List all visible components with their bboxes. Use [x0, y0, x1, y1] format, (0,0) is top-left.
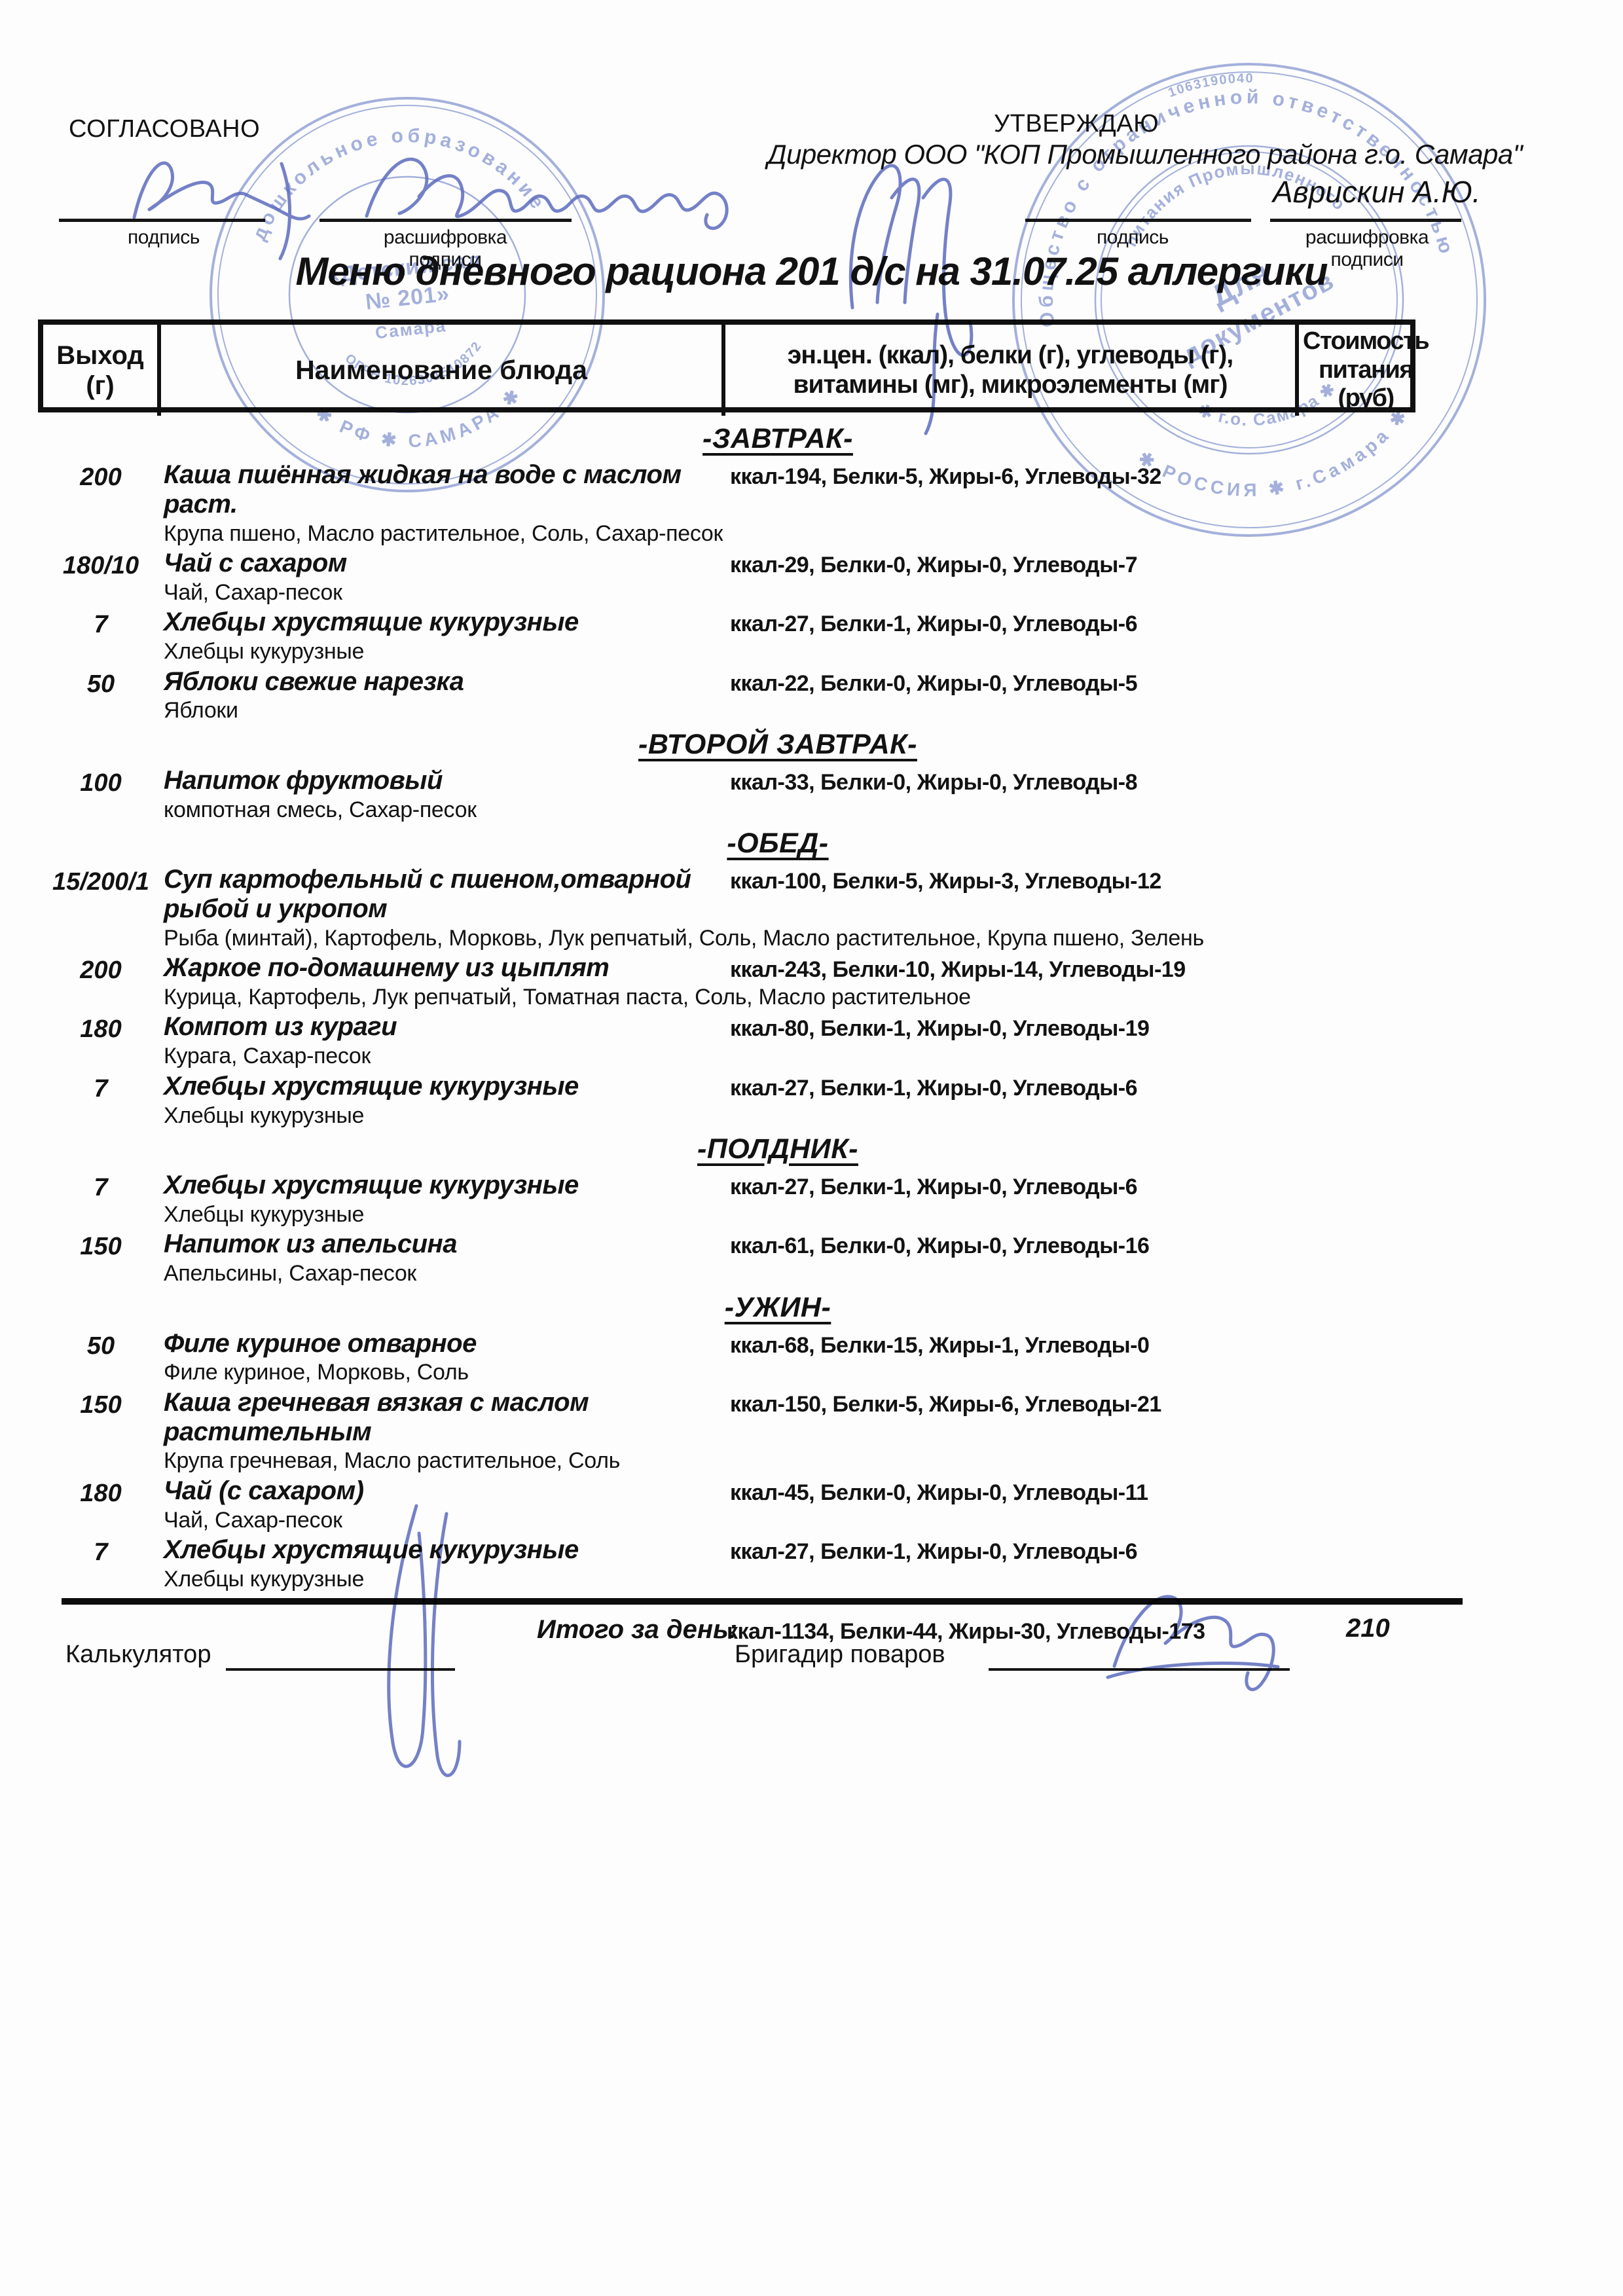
item-nutrition: ккал-80, Белки-1, Жиры-0, Углеводы-19 [730, 1012, 1596, 1042]
menu-item-row: 7 Хлебцы хрустящие кукурузные Хлебцы кук… [38, 1072, 1596, 1129]
agreed-label: СОГЛАСОВАНО [69, 115, 260, 143]
item-name: Хлебцы хрустящие кукурузные [164, 608, 579, 637]
item-name: Каша гречневая вязкая с маслом раститель… [164, 1388, 753, 1447]
signature-line-agreed [59, 219, 265, 222]
item-ingredients: Крупа пшено, Масло растительное, Соль, С… [164, 520, 723, 547]
meal-section: -УЖИН- [90, 1292, 1465, 1324]
item-nutrition: ккал-27, Белки-1, Жиры-0, Углеводы-6 [730, 1072, 1596, 1101]
item-nutrition: ккал-29, Белки-0, Жиры-0, Углеводы-7 [730, 549, 1596, 578]
item-ingredients: Апельсины, Сахар-песок [164, 1260, 416, 1287]
item-name: Напиток из апельсина [164, 1230, 457, 1259]
menu-body: -ЗАВТРАК- 200 Каша пшённая жидкая на вод… [38, 423, 1596, 1593]
transcript-line-agreed [319, 219, 572, 222]
menu-item-row: 200 Жаркое по-домашнему из цыплят Курица… [38, 953, 1596, 1011]
column-header-cost: Стоимость питания (руб) [1299, 325, 1432, 416]
transcript-line-approve [1270, 219, 1461, 222]
item-name: Чай (с сахаром) [164, 1476, 364, 1506]
item-nutrition: ккал-68, Белки-15, Жиры-1, Углеводы-0 [730, 1329, 1596, 1358]
menu-item-row: 180/10 Чай с сахаром Чай, Сахар-песок кк… [38, 549, 1596, 606]
item-name: Хлебцы хрустящие кукурузные [164, 1171, 579, 1200]
item-name: Чай с сахаром [164, 549, 347, 578]
item-nutrition: ккал-22, Белки-0, Жиры-0, Углеводы-5 [730, 667, 1596, 697]
item-name: Каша пшённая жидкая на воде с маслом рас… [164, 460, 753, 519]
menu-item-row: 180 Чай (с сахаром) Чай, Сахар-песок кка… [38, 1476, 1596, 1534]
item-portion: 180 [38, 1476, 164, 1508]
item-nutrition: ккал-33, Белки-0, Жиры-0, Углеводы-8 [730, 766, 1596, 795]
signature-caption-left: подпись [98, 227, 229, 249]
item-name: Напиток фруктовый [164, 766, 443, 795]
meal-section: -ЗАВТРАК- [90, 423, 1465, 455]
item-ingredients: Курица, Картофель, Лук репчатый, Томатна… [164, 984, 971, 1011]
section-header: -ОБЕД- [727, 828, 828, 859]
calculator-label: Калькулятор [65, 1641, 211, 1669]
item-nutrition: ккал-194, Белки-5, Жиры-6, Углеводы-32 [730, 460, 1596, 490]
item-portion: 200 [38, 953, 164, 985]
item-portion: 7 [38, 1171, 164, 1202]
column-header-output: Выход (г) [43, 325, 161, 416]
column-header-nutrition: эн.цен. (ккал), белки (г), углеводы (г),… [725, 325, 1299, 416]
totals-label: Итого за день: [537, 1615, 737, 1645]
item-ingredients: Крупа гречневая, Масло растительное, Сол… [164, 1448, 620, 1474]
item-name: Яблоки свежие нарезка [164, 667, 464, 697]
approve-label: УТВЕРЖДАЮ [994, 110, 1159, 138]
menu-item-row: 7 Хлебцы хрустящие кукурузные Хлебцы кук… [38, 608, 1596, 665]
section-header: -ПОЛДНИК- [697, 1133, 858, 1165]
column-header-dish: Наименование блюда [161, 325, 725, 416]
meal-section: -ОБЕД- [90, 828, 1465, 860]
item-ingredients: Хлебцы кукурузные [164, 1201, 364, 1228]
item-ingredients: Курага, Сахар-песок [164, 1043, 371, 1070]
item-portion: 7 [38, 608, 164, 639]
item-portion: 7 [38, 1072, 164, 1103]
signature-line-approve [1025, 219, 1251, 222]
brigadier-signature-line [989, 1668, 1290, 1671]
item-portion: 50 [38, 1329, 164, 1360]
director-title-line: Директор ООО "КОП Промышленного района г… [767, 139, 1522, 170]
section-header: -ЗАВТРАК- [702, 423, 853, 454]
document-title: Меню дневного рациона 201 д/с на 31.07.2… [0, 249, 1623, 294]
item-nutrition: ккал-61, Белки-0, Жиры-0, Углеводы-16 [730, 1230, 1596, 1259]
item-ingredients: Хлебцы кукурузные [164, 1566, 364, 1593]
item-portion: 180/10 [38, 549, 164, 580]
item-nutrition: ккал-45, Белки-0, Жиры-0, Углеводы-11 [730, 1476, 1596, 1506]
menu-table-header: Выход (г) Наименование блюда эн.цен. (кк… [38, 319, 1415, 412]
item-nutrition: ккал-100, Белки-5, Жиры-3, Углеводы-12 [730, 865, 1596, 894]
menu-item-row: 7 Хлебцы хрустящие кукурузные Хлебцы кук… [38, 1535, 1596, 1593]
item-portion: 100 [38, 766, 164, 797]
section-header: -УЖИН- [725, 1292, 831, 1323]
menu-item-row: 50 Яблоки свежие нарезка Яблоки ккал-22,… [38, 667, 1596, 725]
item-portion: 150 [38, 1388, 164, 1419]
item-name: Хлебцы хрустящие кукурузные [164, 1072, 579, 1101]
item-portion: 150 [38, 1230, 164, 1261]
menu-item-row: 150 Напиток из апельсина Апельсины, Саха… [38, 1230, 1596, 1287]
menu-item-row: 15/200/1 Суп картофельный с пшеном,отвар… [38, 865, 1596, 952]
svg-text:дошкольное образование: дошкольное образование [238, 110, 551, 246]
item-ingredients: компотная смесь, Сахар-песок [164, 797, 477, 824]
item-ingredients: Чай, Сахар-песок [164, 579, 342, 606]
item-name: Суп картофельный с пшеном,отварной рыбой… [164, 865, 753, 924]
item-name: Жаркое по-домашнему из цыплят [164, 953, 609, 983]
item-ingredients: Рыба (минтай), Картофель, Морковь, Лук р… [164, 925, 1204, 952]
item-nutrition: ккал-27, Белки-1, Жиры-0, Углеводы-6 [730, 608, 1596, 637]
item-nutrition: ккал-150, Белки-5, Жиры-6, Углеводы-21 [730, 1388, 1596, 1417]
brigadier-label: Бригадир поваров [735, 1641, 945, 1669]
signature-caption-right: подпись [1067, 227, 1198, 249]
item-nutrition: ккал-27, Белки-1, Жиры-0, Углеводы-6 [730, 1535, 1596, 1565]
totals-cost: 210 [1346, 1614, 1390, 1643]
meal-section: -ВТОРОЙ ЗАВТРАК- [90, 729, 1465, 761]
item-portion: 7 [38, 1535, 164, 1567]
item-ingredients: Яблоки [164, 697, 238, 724]
item-portion: 200 [38, 460, 164, 492]
item-ingredients: Хлебцы кукурузные [164, 1102, 364, 1129]
menu-item-row: 180 Компот из кураги Курага, Сахар-песок… [38, 1012, 1596, 1070]
signature-ink-transcript [367, 159, 727, 228]
menu-item-row: 50 Филе куриное отварное Филе куриное, М… [38, 1329, 1596, 1387]
item-ingredients: Хлебцы кукурузные [164, 638, 364, 665]
item-portion: 180 [38, 1012, 164, 1044]
item-name: Филе куриное отварное [164, 1329, 477, 1358]
item-portion: 15/200/1 [38, 865, 164, 896]
menu-item-row: 100 Напиток фруктовый компотная смесь, С… [38, 766, 1596, 824]
item-name: Компот из кураги [164, 1012, 397, 1042]
item-name: Хлебцы хрустящие кукурузные [164, 1535, 579, 1565]
svg-text:1063190040: 1063190040 [1165, 67, 1256, 101]
scanned-menu-document: СОГЛАСОВАНО УТВЕРЖДАЮ Директор ООО "КОП … [0, 0, 1623, 2296]
item-nutrition: ккал-27, Белки-1, Жиры-0, Углеводы-6 [730, 1171, 1596, 1200]
director-name: Аврискин А.Ю. [1273, 174, 1481, 210]
menu-item-row: 200 Каша пшённая жидкая на воде с маслом… [38, 460, 1596, 547]
item-ingredients: Филе куриное, Морковь, Соль [164, 1359, 469, 1386]
item-nutrition: ккал-243, Белки-10, Жиры-14, Углеводы-19 [730, 953, 1596, 983]
meal-section: -ПОЛДНИК- [90, 1133, 1465, 1165]
item-ingredients: Чай, Сахар-песок [164, 1507, 342, 1534]
menu-flow: -ЗАВТРАК- 200 Каша пшённая жидкая на вод… [38, 419, 1596, 1664]
section-header: -ВТОРОЙ ЗАВТРАК- [638, 729, 917, 760]
menu-item-row: 150 Каша гречневая вязкая с маслом расти… [38, 1388, 1596, 1475]
calculator-signature-line [226, 1668, 455, 1671]
menu-item-row: 7 Хлебцы хрустящие кукурузные Хлебцы кук… [38, 1171, 1596, 1228]
item-portion: 50 [38, 667, 164, 699]
totals-divider-rule [62, 1598, 1463, 1605]
